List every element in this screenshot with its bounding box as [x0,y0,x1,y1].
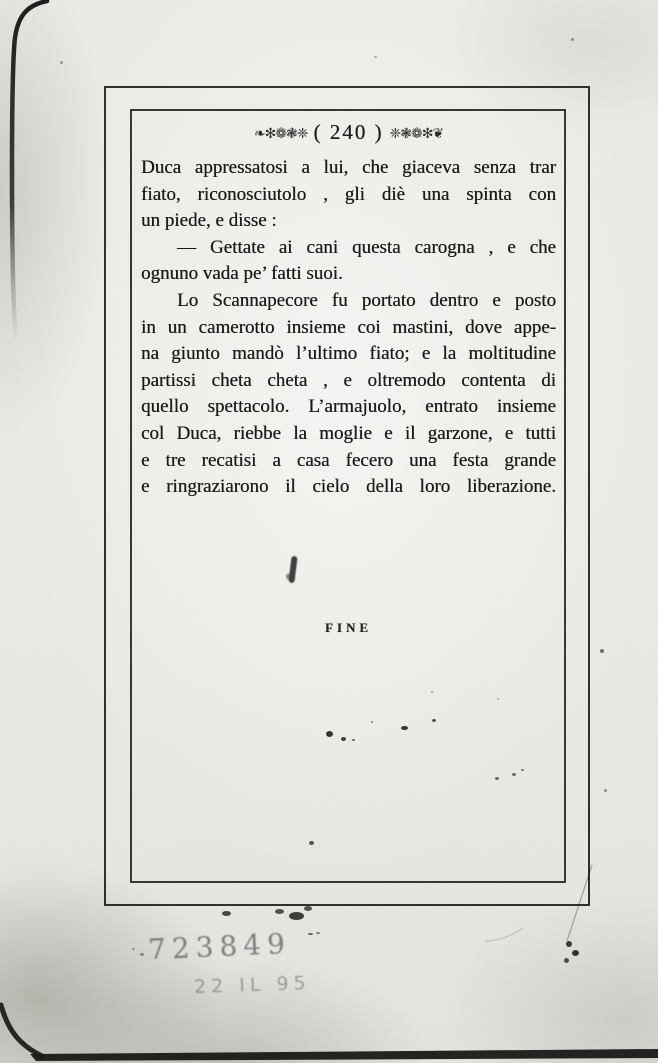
scratch-mark [485,928,523,941]
text-line: quello spettacolo. L’armajuolo, entrato … [141,394,556,421]
ink-speck [512,773,516,776]
ink-speck [401,726,408,730]
text-line: e ringraziarono il cielo della loro libe… [141,474,556,501]
ink-speck [432,719,436,722]
text-line: ognuno vada pe’ fatti suoi. [141,261,556,288]
fine-label: FINE [141,620,556,636]
page-header: ❧✻❁❃❈ ( 240 ) ❈❃❁✻❦ [141,120,556,152]
ink-speck [572,950,579,956]
ink-speck [341,737,346,741]
ink-speck [564,958,569,963]
ink-speck [497,698,499,700]
ink-speck [140,953,144,956]
ink-speck [431,691,433,693]
text-line: fiato, riconosciutolo , gli diè una spin… [141,182,556,209]
text-line: partissi cheta cheta , e oltremodo conte… [141,368,556,395]
ink-speck [309,841,314,845]
ink-speck [521,769,524,771]
text-line: un piede, e disse : [141,208,556,235]
text-line: — Gettate ai cani questa carogna , e che [141,235,556,262]
ink-speck [566,941,572,947]
ink-speck [374,56,377,58]
ink-speck [326,731,333,737]
ink-speck [604,789,607,792]
text-line: e tre recatisi a casa fecero una festa g… [141,448,556,475]
library-date-stamp: 22 IL 95 [194,972,311,998]
text-line: Duca appressatosi a lui, che giaceva sen… [141,155,556,182]
text-line: in un camerotto insieme coi mastini, dov… [141,315,556,342]
ink-speck [132,948,135,950]
text-line: col Duca, riebbe la moglie e il garzone,… [141,421,556,448]
ink-speck [304,906,312,911]
ink-speck [316,932,320,934]
floral-ornament-right-icon: ❈❃❁✻❦ [390,126,444,142]
scanned-book-page: ❧✻❁❃❈ ( 240 ) ❈❃❁✻❦ Duca appressatosi a … [0,0,658,1063]
ink-speck [352,739,355,741]
bottom-page-edge-band [30,1049,658,1061]
library-stamp-number: 723849 [147,927,291,966]
ink-speck [571,38,574,41]
ink-speck [600,649,604,653]
page-number: ( 240 ) [314,120,384,144]
page-content: ❧✻❁❃❈ ( 240 ) ❈❃❁✻❦ Duca appressatosi a … [141,120,556,501]
ink-speck [495,777,499,780]
ink-speck [275,909,284,914]
body-text: Duca appressatosi a lui, che giaceva sen… [141,155,556,501]
ink-speck [222,911,231,916]
ink-speck [289,912,304,920]
ink-speck [308,933,313,935]
left-page-edge-line [12,1,47,340]
floral-ornament-left-icon: ❧✻❁❃❈ [254,126,308,142]
bottom-left-corner-curl [1,1005,42,1056]
ink-speck [60,61,63,64]
text-line: na giunto mandò l’ultimo fiato; e la mol… [141,341,556,368]
text-line: Lo Scannapecore fu portato dentro e post… [141,288,556,315]
ink-speck [371,721,373,723]
